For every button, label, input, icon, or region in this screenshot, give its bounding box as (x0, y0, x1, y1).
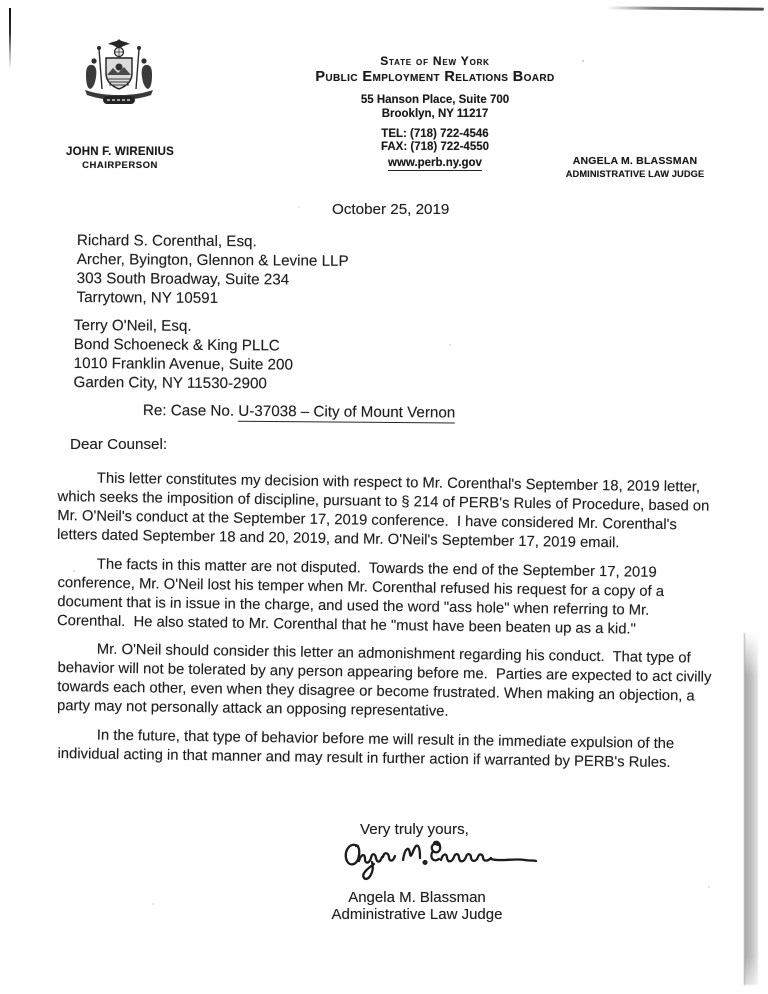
chairperson-name: JOHN F. WIRENIUS (60, 146, 180, 158)
recipient-line: 1010 Franklin Avenue, Suite 200 (74, 354, 293, 375)
body-paragraph: In the future, that type of behavior bef… (57, 726, 715, 774)
letter-body: This letter constitutes my decision with… (58, 469, 716, 774)
signer-name: Angela M. Blassman (312, 890, 522, 907)
handwritten-signature-icon (341, 836, 541, 890)
org-name-state: State of New York (235, 54, 635, 68)
official-chairperson: JOHN F. WIRENIUS CHAIRPERSON (60, 146, 180, 171)
letterhead: State of New York Public Employment Rela… (235, 54, 635, 171)
body-paragraph: The facts in this matter are not dispute… (57, 555, 716, 640)
letterhead-fax: FAX: (718) 722-4550 (235, 141, 635, 154)
recipient-line: Richard S. Corenthal, Esq. (77, 231, 349, 252)
scanned-letter-page: State of New York Public Employment Rela… (0, 0, 768, 994)
letterhead-tel: TEL: (718) 722-4546 (235, 128, 635, 141)
recipient-block-corenthal: Richard S. Corenthal, Esq. Archer, Bying… (76, 231, 348, 309)
letterhead-address-line1: 55 Hanson Place, Suite 700 (235, 94, 635, 108)
recipient-line: Tarrytown, NY 10591 (76, 288, 348, 309)
letter-date: October 25, 2019 (332, 201, 449, 218)
signer-title: Administrative Law Judge (312, 907, 522, 924)
recipient-line: 303 South Broadway, Suite 234 (77, 269, 349, 290)
signature-block: Angela M. Blassman Administrative Law Ju… (312, 890, 522, 923)
scan-artifact-right-shadow (744, 633, 758, 985)
case-number-underlined: U-37038 – City of Mount Vernon (238, 403, 455, 424)
body-paragraph: Mr. O'Neil should consider this letter a… (57, 640, 716, 725)
scan-artifact-left-line (9, 8, 11, 70)
scan-artifact-top-line (606, 6, 764, 10)
reference-prefix: Re: Case No. (143, 402, 239, 420)
letterhead-address-line2: Brooklyn, NY 11217 (235, 108, 635, 122)
recipient-block-oneil: Terry O'Neil, Esq. Bond Schoeneck & King… (73, 316, 293, 394)
reference-line: Re: Case No. U-37038 – City of Mount Ver… (143, 402, 455, 421)
salutation: Dear Counsel: (70, 436, 167, 453)
judge-title: ADMINISTRATIVE LAW JUDGE (560, 169, 710, 179)
official-judge: ANGELA M. BLASSMAN ADMINISTRATIVE LAW JU… (560, 155, 710, 179)
recipient-line: Bond Schoeneck & King PLLC (74, 335, 293, 356)
recipient-line: Terry O'Neil, Esq. (74, 316, 293, 337)
recipient-line: Archer, Byington, Glennon & Levine LLP (77, 250, 349, 271)
org-name-board: Public Employment Relations Board (235, 69, 635, 85)
recipient-line: Garden City, NY 11530-2900 (73, 373, 292, 394)
letterhead-website: www.perb.ny.gov (388, 157, 482, 171)
judge-name: ANGELA M. BLASSMAN (560, 155, 710, 167)
chairperson-title: CHAIRPERSON (60, 160, 180, 171)
body-paragraph: This letter constitutes my decision with… (57, 469, 716, 554)
ny-state-seal-icon (77, 37, 161, 119)
